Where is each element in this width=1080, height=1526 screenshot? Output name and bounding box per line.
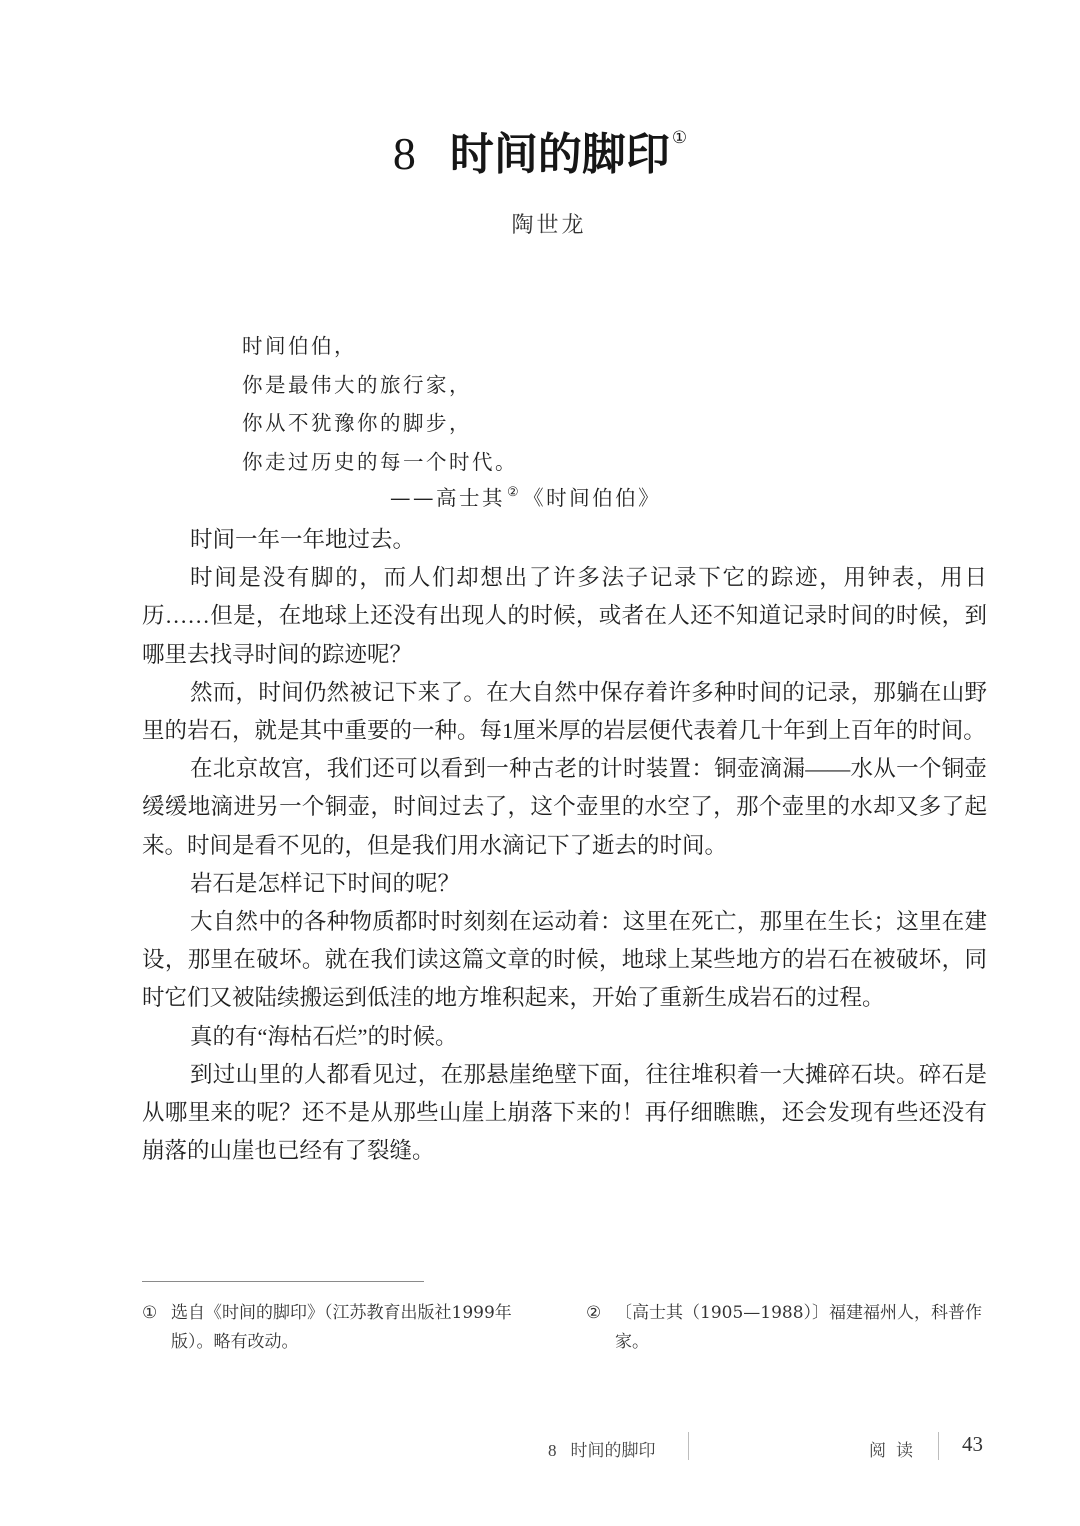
paragraph: 然而，时间仍然被记下来了。在大自然中保存着许多种时间的记录，那躺在山野里的岩石，… <box>142 674 987 750</box>
footnote-1: ① 选自《时间的脚印》（江苏教育出版社1999年版）。略有改动。 <box>142 1299 552 1357</box>
footnote-text: 选自《时间的脚印》（江苏教育出版社1999年版）。略有改动。 <box>142 1299 552 1357</box>
page-footer: 8时间的脚印 阅读 43 <box>0 1432 1080 1462</box>
poem-line: 你走过历史的每一个时代。 <box>242 443 518 482</box>
footer-chapter-title: 时间的脚印 <box>571 1441 656 1461</box>
paragraph: 到过山里的人都看见过，在那悬崖绝壁下面，往往堆积着一大摊碎石块。碎石是从哪里来的… <box>142 1056 987 1171</box>
paragraph: 真的有“海枯石烂”的时候。 <box>142 1018 987 1056</box>
epigraph-attribution: ——高士其②《时间伯伯》 <box>390 481 661 511</box>
poem-line: 你是最伟大的旅行家， <box>242 366 518 405</box>
title-footnote-mark[interactable]: ① <box>672 128 687 148</box>
paragraph: 时间是没有脚的，而人们却想出了许多法子记录下它的踪迹，用钟表，用日历……但是，在… <box>142 559 987 674</box>
attribution-footnote-mark[interactable]: ② <box>507 485 521 500</box>
footer-chapter: 8时间的脚印 <box>548 1436 656 1461</box>
attribution-work: 《时间伯伯》 <box>523 486 661 510</box>
page-number: 43 <box>962 1432 983 1457</box>
poem-line: 你从不犹豫你的脚步， <box>242 404 518 443</box>
footnote-mark: ② <box>586 1299 601 1328</box>
poem-line: 时间伯伯， <box>242 327 518 366</box>
lesson-title: 8时间的脚印① <box>0 108 1080 185</box>
footer-section-label: 阅读 <box>869 1436 923 1461</box>
paragraph: 岩石是怎样记下时间的呢？ <box>142 865 987 903</box>
paragraph: 大自然中的各种物质都时时刻刻在运动着：这里在死亡，那里在生长；这里在建设，那里在… <box>142 903 987 1018</box>
footer-divider <box>688 1432 689 1460</box>
footer-divider <box>938 1432 939 1460</box>
article-body: 时间一年一年地过去。 时间是没有脚的，而人们却想出了许多法子记录下它的踪迹，用钟… <box>142 521 987 1170</box>
author-name: 陶世龙 <box>0 208 1080 239</box>
footnote-2: ② 〔高士其（1905—1988）〕福建福州人，科普作家。 <box>586 1299 988 1357</box>
epigraph-poem: 时间伯伯， 你是最伟大的旅行家， 你从不犹豫你的脚步， 你走过历史的每一个时代。 <box>242 327 518 481</box>
footer-chapter-number: 8 <box>548 1441 557 1460</box>
lesson-title-text: 时间的脚印 <box>450 129 670 180</box>
footnote-mark: ① <box>142 1299 157 1328</box>
lesson-number: 8 <box>393 128 416 179</box>
footnote-text: 〔高士其（1905—1988）〕福建福州人，科普作家。 <box>586 1299 988 1357</box>
attribution-author: ——高士其 <box>390 486 505 510</box>
paragraph: 在北京故宫，我们还可以看到一种古老的计时装置：铜壶滴漏——水从一个铜壶缓缓地滴进… <box>142 750 987 865</box>
paragraph: 时间一年一年地过去。 <box>142 521 987 559</box>
footnote-divider <box>142 1281 424 1282</box>
